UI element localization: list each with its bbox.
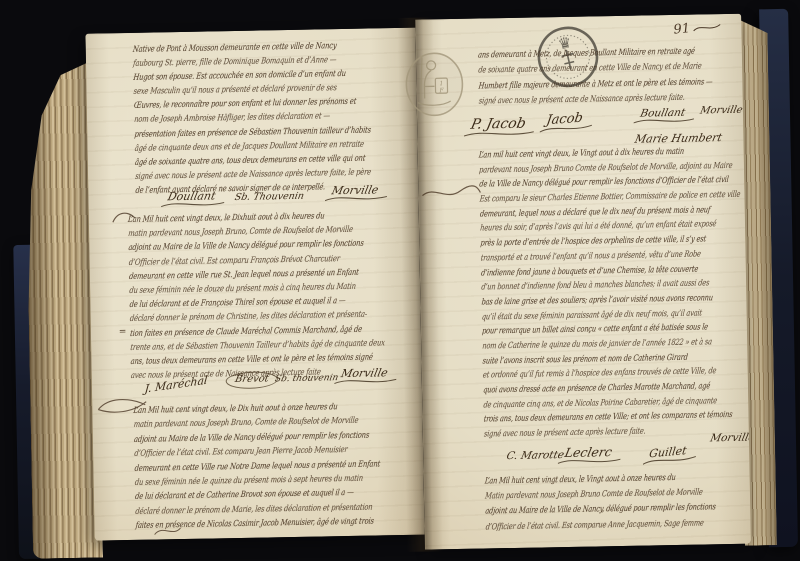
signature-flourish-icon (159, 200, 227, 210)
signature: Morville (330, 183, 379, 197)
embossed-tax-stamp-icon: 1 F (400, 49, 469, 120)
signature: Sb. Thouvenin (234, 191, 306, 203)
signature-flourish-icon (538, 123, 594, 136)
manuscript-paragraph: Native de Pont à Mousson demeurante en c… (134, 37, 425, 197)
manuscript-paragraph: L’an mil huit cent vingt deux, le Vingt … (480, 142, 751, 442)
margin-mark: = (119, 327, 127, 337)
manuscript-paragraph: L’an Mil huit cent vingt deux, le Vingt … (486, 469, 751, 535)
manuscript-paragraph: ans demeurant à Metz, de Jacques Boullan… (479, 43, 751, 110)
folio-number: 91 (673, 18, 723, 37)
signature-flourish-icon (556, 457, 623, 467)
left-page-content: Native de Pont à Mousson demeurante en c… (85, 28, 424, 541)
signature-flourish-icon (641, 454, 697, 468)
signature: Doullant (167, 189, 217, 203)
manuscript-line: faites en présence de Nicolas Casimir Ja… (135, 514, 382, 533)
signature-flourish-icon (332, 377, 398, 387)
folio-flourish-icon (691, 20, 722, 35)
signature-flourish-icon (632, 117, 697, 127)
open-register-book: Native de Pont à Mousson demeurante en c… (0, 0, 800, 561)
signature: Jacob (545, 111, 584, 129)
signature: Leclerc (563, 444, 613, 460)
signature: Morville (709, 432, 751, 445)
emboss-label-bottom: F (438, 87, 444, 94)
signature: Sb. thouvenin (274, 373, 339, 384)
manuscript-paragraph: L’an Mil huit cent vingt deux, le Dixhui… (129, 207, 425, 383)
signature: Boullant (639, 107, 686, 120)
manuscript-paragraph: L’an Mil huit cent vingt deux, le Dix hu… (134, 398, 424, 533)
signature-flourish-icon (323, 194, 389, 204)
manuscript-page-left: Native de Pont à Mousson demeurante en c… (85, 28, 424, 541)
signature: Morville (340, 366, 389, 380)
signature-flourish-icon (462, 129, 537, 139)
signature: Guillet (648, 444, 687, 461)
signature: P. Jacob (469, 116, 527, 133)
signature: Morville (699, 105, 744, 117)
folio-number-text: 91 (673, 21, 691, 37)
photo-black-background: Native de Pont à Mousson demeurante en c… (0, 0, 800, 561)
margin-paraph-flourish (420, 184, 482, 201)
